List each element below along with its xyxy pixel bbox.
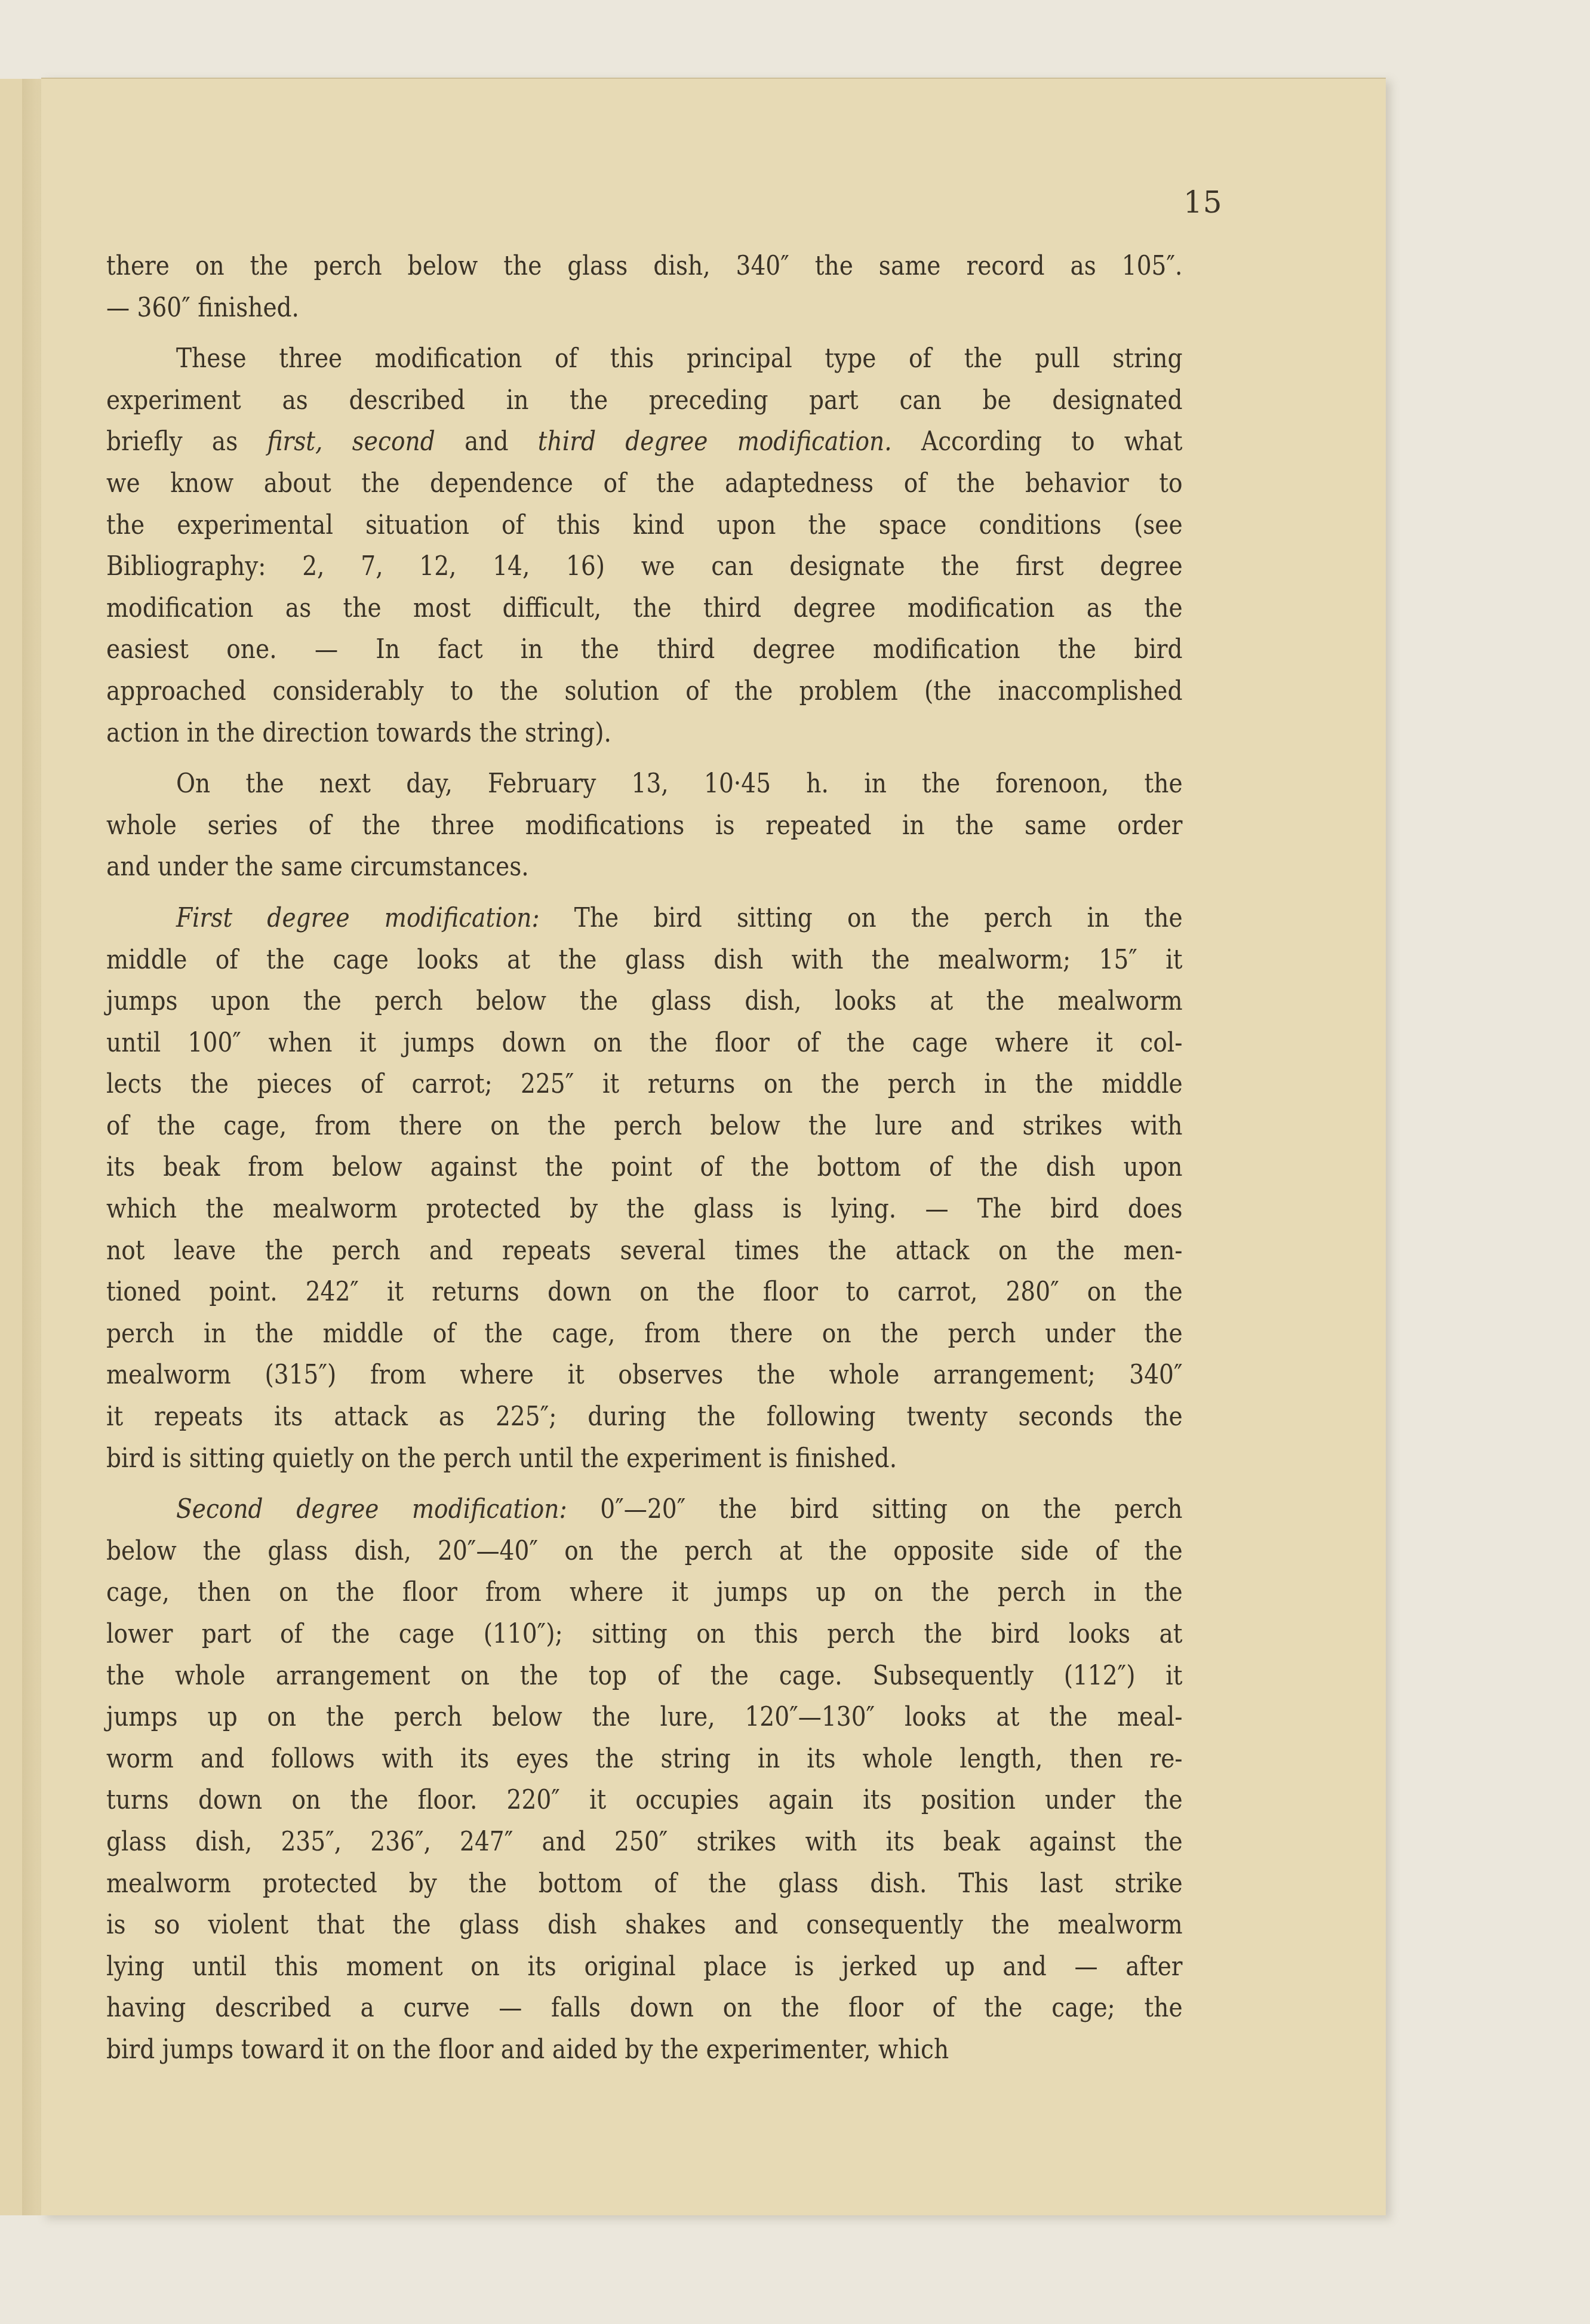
text-line: turns down on the floor. 220″ it occupie… [106, 1779, 1183, 1821]
italic-phrase: second [352, 425, 435, 457]
text-line: experiment as described in the preceding… [106, 379, 1183, 421]
text-line: perch in the middle of the cage, from th… [106, 1312, 1183, 1354]
text-line: which the mealworm protected by the glas… [106, 1188, 1183, 1229]
text-line: Second degree modification: 0″—20″ the b… [106, 1488, 1183, 1530]
paragraph-continuation: there on the perch below the glass dish,… [106, 245, 1183, 328]
page-number: 15 [1183, 185, 1223, 220]
text-line: until 100″ when it jumps down on the flo… [106, 1022, 1183, 1063]
text-line: — 360″ finished. [106, 287, 1183, 328]
paragraph-first-degree-modification: First degree modification: The bird sitt… [106, 897, 1183, 1478]
text-line: worm and follows with its eyes the strin… [106, 1738, 1183, 1779]
text-line: bird is sitting quietly on the perch unt… [106, 1437, 1183, 1479]
text-line: lying until this moment on its original … [106, 1945, 1183, 1987]
text-line: not leave the perch and repeats several … [106, 1229, 1183, 1271]
text-line: jumps upon the perch below the glass dis… [106, 980, 1183, 1022]
text-line: tioned point. 242″ it returns down on th… [106, 1271, 1183, 1312]
text-line: whole series of the three modifications … [106, 804, 1183, 846]
text-line: action in the direction towards the stri… [106, 712, 1183, 754]
text-line: lower part of the cage (110″); sitting o… [106, 1613, 1183, 1655]
body-text: there on the perch below the glass dish,… [106, 245, 1183, 2080]
text-line: its beak from below against the point of… [106, 1146, 1183, 1188]
text-line: approached considerably to the solution … [106, 670, 1183, 712]
text-line: is so violent that the glass dish shakes… [106, 1904, 1183, 1945]
text-line: bird jumps toward it on the floor and ai… [106, 2028, 1183, 2070]
text-line: On the next day, February 13, 10·45 h. i… [106, 763, 1183, 804]
paragraph-second-degree-modification: Second degree modification: 0″—20″ the b… [106, 1488, 1183, 2070]
text-line: we know about the dependence of the adap… [106, 462, 1183, 504]
book-page: 15 there on the perch below the glass di… [41, 78, 1386, 2215]
text-line: cage, then on the floor from where it ju… [106, 1571, 1183, 1613]
text-line: it repeats its attack as 225″; during th… [106, 1395, 1183, 1437]
text-line: lects the pieces of carrot; 225″ it retu… [106, 1063, 1183, 1105]
text-line: the experimental situation of this kind … [106, 504, 1183, 546]
text-line: briefly as first, second and third degre… [106, 420, 1183, 462]
text-line: the whole arrangement on the top of the … [106, 1655, 1183, 1696]
text-line: glass dish, 235″, 236″, 247″ and 250″ st… [106, 1821, 1183, 1862]
text-line: there on the perch below the glass dish,… [106, 245, 1183, 287]
text-line: having described a curve — falls down on… [106, 1987, 1183, 2028]
text-line: First degree modification: The bird sitt… [106, 897, 1183, 939]
text-line: modification as the most difficult, the … [106, 587, 1183, 629]
text-line: middle of the cage looks at the glass di… [106, 939, 1183, 980]
text-line: mealworm protected by the bottom of the … [106, 1862, 1183, 1904]
italic-phrase: First degree modification: [176, 902, 540, 933]
text-line: and under the same circumstances. [106, 846, 1183, 887]
gutter-shadow [22, 79, 41, 2215]
previous-page-edge [0, 79, 23, 2215]
paragraph-modifications-intro: These three modification of this princip… [106, 337, 1183, 753]
text-line: below the glass dish, 20″—40″ on the per… [106, 1530, 1183, 1572]
text-line: easiest one. — In fact in the third degr… [106, 628, 1183, 670]
italic-phrase: Second degree modification: [176, 1493, 567, 1524]
paragraph-next-day: On the next day, February 13, 10·45 h. i… [106, 763, 1183, 887]
italic-phrase: third degree modification. [538, 425, 892, 457]
text-line: Bibliography: 2, 7, 12, 14, 16) we can d… [106, 545, 1183, 587]
italic-phrase: first, [267, 425, 322, 457]
text-line: of the cage, from there on the perch bel… [106, 1105, 1183, 1146]
text-line: These three modification of this princip… [106, 337, 1183, 379]
text-line: mealworm (315″) from where it observes t… [106, 1354, 1183, 1395]
text-line: jumps up on the perch below the lure, 12… [106, 1696, 1183, 1738]
